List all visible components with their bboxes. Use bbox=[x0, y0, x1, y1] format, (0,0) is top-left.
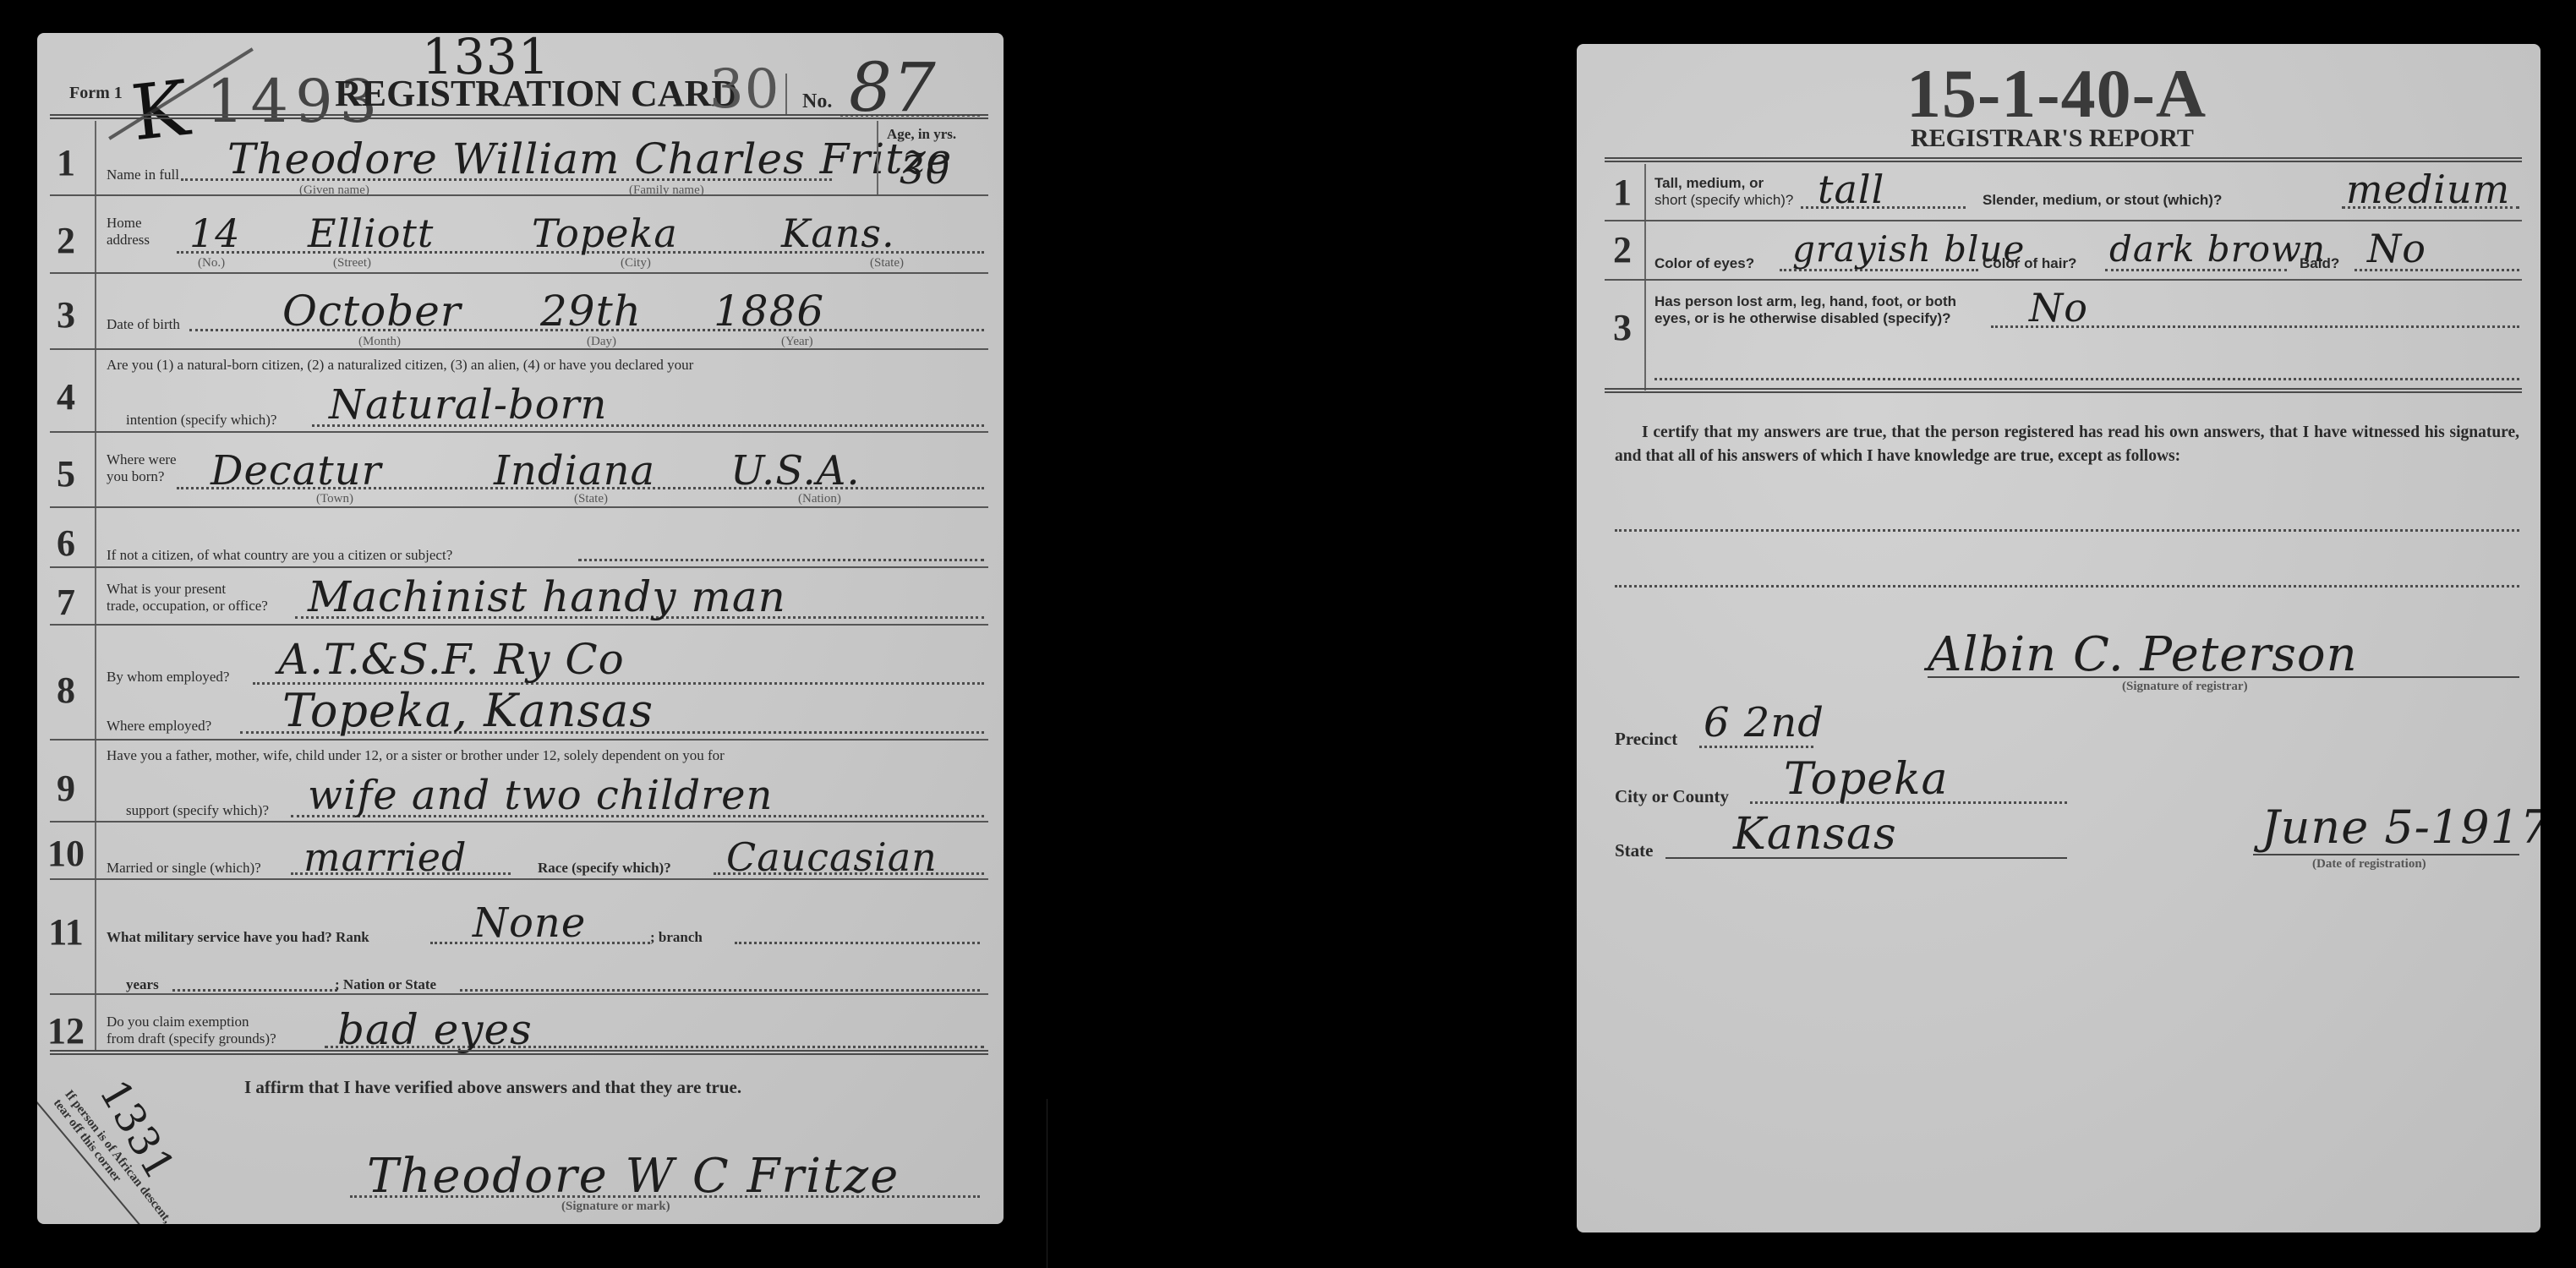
branch-label: ; branch bbox=[650, 929, 703, 945]
registration-card: Form 1 K 1493 1331 REGISTRATION CARD 30 … bbox=[37, 33, 1004, 1224]
height-label-1: Tall, medium, or bbox=[1654, 175, 1764, 191]
dependents-question: Have you a father, mother, wife, child u… bbox=[107, 747, 725, 763]
dependents-label: support (specify which)? bbox=[126, 802, 269, 818]
where-employed-value: Topeka, Kansas bbox=[282, 684, 654, 737]
caption-state: (State) bbox=[870, 256, 904, 271]
where-employed-label: Where employed? bbox=[107, 718, 211, 734]
scan-artifact-line bbox=[1047, 1099, 1047, 1268]
height-label-2: short (specify which)? bbox=[1654, 192, 1793, 208]
exemption-label-2: from draft (specify grounds)? bbox=[107, 1030, 276, 1047]
row-number-9: 9 bbox=[41, 767, 91, 810]
marital-value: married bbox=[304, 834, 467, 880]
report-title: REGISTRAR'S REPORT bbox=[1911, 124, 2194, 153]
registrars-report-card: 15-1-40-A REGISTRAR'S REPORT 1 Tall, med… bbox=[1577, 44, 2540, 1232]
row-number-6: 6 bbox=[41, 522, 91, 565]
row-number-3: 3 bbox=[41, 293, 91, 336]
registrar-signature: Albin C. Peterson bbox=[1928, 627, 2358, 682]
race-value: Caucasian bbox=[726, 834, 938, 880]
row-number-7: 7 bbox=[41, 581, 91, 624]
signature-caption: (Signature or mark) bbox=[561, 1200, 670, 1214]
row-number-8: 8 bbox=[41, 669, 91, 712]
registrar-signature-line bbox=[1928, 676, 2519, 678]
hair-value: dark brown bbox=[2109, 228, 2326, 270]
row-rule bbox=[50, 194, 988, 196]
row-rule bbox=[50, 431, 988, 433]
exception-line-1 bbox=[1615, 529, 2519, 532]
row-rule bbox=[50, 878, 988, 880]
row-number-1: 1 bbox=[41, 141, 91, 184]
row-number-12: 12 bbox=[41, 1009, 91, 1052]
number-column-divider bbox=[95, 121, 96, 1051]
state-value: Kansas bbox=[1733, 809, 1897, 860]
struck-mark: K bbox=[128, 64, 194, 159]
build-label: Slender, medium, or stout (which)? bbox=[1983, 192, 2222, 208]
registrar-caption: (Signature of registrar) bbox=[2122, 680, 2248, 694]
caption-birth-state: (State) bbox=[574, 492, 608, 506]
row-rule bbox=[50, 821, 988, 823]
caption-city: (City) bbox=[621, 256, 651, 271]
address-city: Topeka bbox=[532, 210, 678, 256]
foreign-citizen-dots bbox=[578, 559, 984, 561]
row-rule bbox=[50, 566, 988, 568]
header-age-box: 30 bbox=[709, 58, 779, 121]
header-divider bbox=[785, 74, 787, 116]
row-number-4: 4 bbox=[41, 375, 91, 418]
citizenship-value: Natural-born bbox=[329, 381, 607, 429]
citizenship-question: Are you (1) a natural-born citizen, (2) … bbox=[107, 357, 693, 373]
rank-value: None bbox=[473, 899, 586, 947]
row-rule bbox=[1605, 388, 2522, 393]
disability-value: No bbox=[2029, 285, 2088, 331]
dob-year: 1886 bbox=[714, 287, 824, 336]
row-number-11: 11 bbox=[41, 910, 91, 954]
birthplace-label-2: you born? bbox=[107, 468, 164, 484]
nation-state-dots bbox=[460, 989, 980, 992]
foreign-citizen-label: If not a citizen, of what country are yo… bbox=[107, 547, 452, 563]
name-value: Theodore William Charles Fritze bbox=[227, 134, 952, 183]
citizenship-label: intention (specify which)? bbox=[126, 412, 276, 428]
age-label: Age, in yrs. bbox=[887, 126, 956, 142]
birth-state: Indiana bbox=[494, 447, 655, 495]
caption-year: (Year) bbox=[781, 335, 813, 349]
name-dots bbox=[181, 178, 832, 181]
dependents-value: wife and two children bbox=[308, 772, 773, 819]
years-dots bbox=[172, 989, 337, 992]
address-state: Kans. bbox=[781, 210, 895, 256]
row-rule bbox=[50, 272, 988, 274]
city-value: Topeka bbox=[1784, 754, 1949, 805]
dob-label: Date of birth bbox=[107, 316, 180, 332]
row-rule bbox=[50, 993, 988, 995]
row-rule bbox=[50, 1050, 988, 1055]
row-rule bbox=[1605, 279, 2522, 281]
birthplace-label-1: Where were bbox=[107, 451, 177, 467]
report-code: 15-1-40-A bbox=[1906, 54, 2207, 134]
military-label: What military service have you had? Rank bbox=[107, 929, 369, 945]
employer-value: A.T.&S.F. Ry Co bbox=[278, 635, 625, 684]
caption-town: (Town) bbox=[316, 492, 353, 506]
birth-town: Decatur bbox=[211, 447, 382, 495]
disability-label-1: Has person lost arm, leg, hand, foot, or… bbox=[1654, 293, 1956, 309]
precinct-value: 6 2nd bbox=[1704, 699, 1824, 746]
address-street: Elliott bbox=[308, 210, 434, 256]
row-number-1: 1 bbox=[1597, 171, 1648, 214]
form-label: Form 1 bbox=[69, 84, 123, 103]
age-column-divider bbox=[877, 121, 878, 195]
row-rule bbox=[50, 739, 988, 741]
caption-street: (Street) bbox=[333, 256, 371, 271]
city-label: City or County bbox=[1615, 786, 1729, 807]
home-label-2: address bbox=[107, 232, 150, 248]
years-label: years bbox=[126, 976, 159, 992]
state-label: State bbox=[1615, 840, 1654, 861]
name-label: Name in full bbox=[107, 167, 179, 183]
age-value: 30 bbox=[900, 147, 951, 193]
row-number-5: 5 bbox=[41, 452, 91, 495]
branch-dots bbox=[735, 942, 980, 944]
date-caption: (Date of registration) bbox=[2312, 857, 2426, 872]
row-rule bbox=[50, 506, 988, 508]
row-rule bbox=[50, 624, 988, 626]
birth-nation: U.S.A. bbox=[730, 447, 861, 495]
bald-value: No bbox=[2367, 226, 2426, 271]
header-rule bbox=[50, 114, 988, 119]
dob-month: October bbox=[282, 287, 462, 336]
row-rule bbox=[1605, 220, 2522, 221]
build-value: medium bbox=[2346, 167, 2510, 212]
caption-month: (Month) bbox=[358, 335, 401, 349]
certification-text: I certify that my answers are true, that… bbox=[1615, 421, 2519, 468]
affirmation-text: I affirm that I have verified above answ… bbox=[244, 1077, 741, 1098]
disability-label-2: eyes, or is he otherwise disabled (speci… bbox=[1654, 310, 1951, 326]
row-number-2: 2 bbox=[41, 219, 91, 262]
exception-line-2 bbox=[1615, 585, 2519, 588]
race-label: Race (specify which)? bbox=[538, 860, 671, 876]
card-title: REGISTRATION CARD bbox=[335, 72, 738, 115]
nation-state-label: ; Nation or State bbox=[335, 976, 436, 992]
exemption-label-1: Do you claim exemption bbox=[107, 1014, 249, 1030]
employer-label: By whom employed? bbox=[107, 669, 229, 685]
home-label-1: Home bbox=[107, 215, 142, 231]
address-number: 14 bbox=[189, 210, 241, 256]
header-rule bbox=[1605, 157, 2522, 162]
number-label: No. bbox=[802, 90, 832, 113]
signature-dots bbox=[350, 1195, 980, 1198]
row-number-2: 2 bbox=[1597, 228, 1648, 271]
precinct-label: Precinct bbox=[1615, 729, 1677, 750]
exemption-value: bad eyes bbox=[337, 1005, 533, 1054]
bald-label: Bald? bbox=[2300, 255, 2339, 271]
occupation-label-2: trade, occupation, or office? bbox=[107, 598, 268, 614]
date-line bbox=[2253, 854, 2519, 855]
disability-dots-2 bbox=[1654, 378, 2519, 380]
height-value: tall bbox=[1818, 167, 1884, 212]
marital-label: Married or single (which)? bbox=[107, 860, 261, 876]
occupation-value: Machinist handy man bbox=[308, 572, 786, 621]
caption-day: (Day) bbox=[587, 335, 616, 349]
eyes-label: Color of eyes? bbox=[1654, 255, 1754, 271]
hair-label: Color of hair? bbox=[1983, 255, 2076, 271]
dob-day: 29th bbox=[540, 287, 642, 336]
registration-date: June 5-1917 bbox=[2262, 801, 2540, 854]
row-number-3: 3 bbox=[1597, 306, 1648, 349]
row-rule bbox=[50, 348, 988, 350]
row-number-10: 10 bbox=[41, 832, 91, 875]
caption-no: (No.) bbox=[198, 256, 225, 271]
caption-nation: (Nation) bbox=[798, 492, 841, 506]
occupation-label-1: What is your present bbox=[107, 581, 226, 597]
